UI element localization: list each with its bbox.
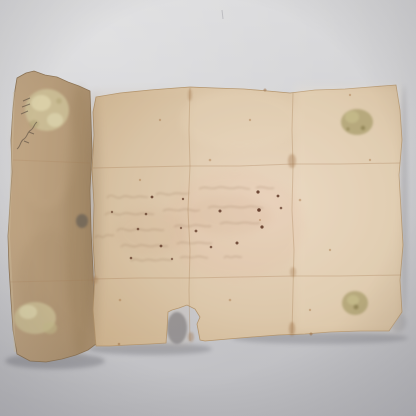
vignette-overlay bbox=[0, 0, 416, 416]
photo-of-old-letter bbox=[0, 0, 416, 416]
photo-canvas bbox=[0, 0, 416, 416]
